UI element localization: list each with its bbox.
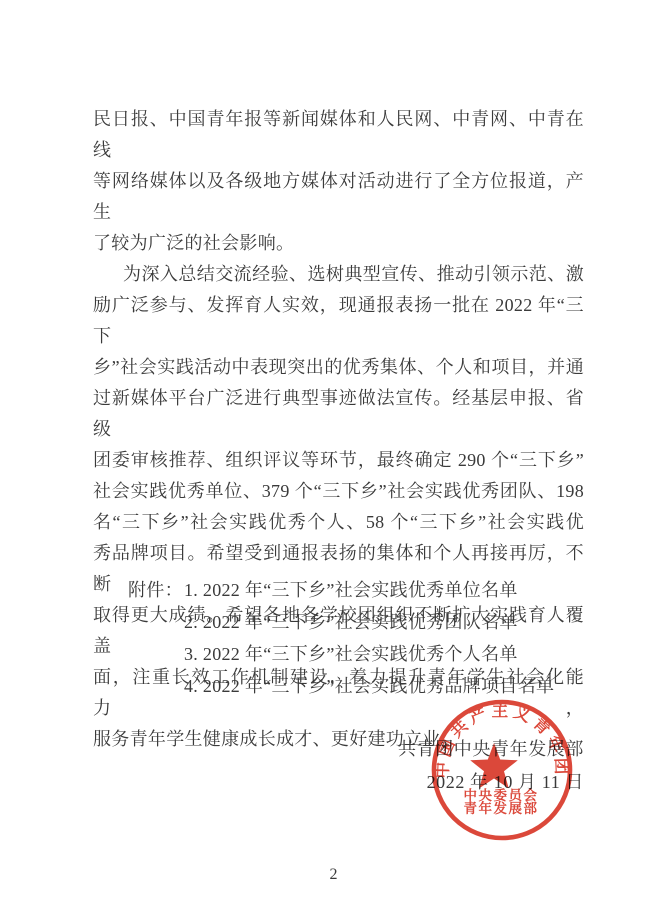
body-line: 社会实践优秀单位、379 个“三下乡”社会实践优秀团队、198 xyxy=(93,476,584,507)
body-line: 了较为广泛的社会影响。 xyxy=(93,228,584,259)
seal-star-icon xyxy=(470,743,518,788)
body-line: 过新媒体平台广泛进行典型事迹做法宣传。经基层申报、省级 xyxy=(93,383,584,445)
body-line: 团委审核推荐、组织评议等环节，最终确定 290 个“三下乡” xyxy=(93,445,584,476)
page-number: 2 xyxy=(0,866,667,884)
document-page: 民日报、中国青年报等新闻媒体和人民网、中青网、中青在线等网络媒体以及各级地方媒体… xyxy=(0,0,667,923)
body-line: 民日报、中国青年报等新闻媒体和人民网、中青网、中青在线 xyxy=(93,104,584,166)
attachments-list: 1. 2022 年“三下乡”社会实践优秀单位名单2. 2022 年“三下乡”社会… xyxy=(184,574,598,702)
body-line: 名“三下乡”社会实践优秀个人、58 个“三下乡”社会实践优 xyxy=(93,507,584,538)
attachment-item: 3. 2022 年“三下乡”社会实践优秀个人名单 xyxy=(184,638,598,670)
attachments-section: 附件： 1. 2022 年“三下乡”社会实践优秀单位名单2. 2022 年“三下… xyxy=(128,574,598,702)
attachment-item: 2. 2022 年“三下乡”社会实践优秀团队名单 xyxy=(184,606,598,638)
attachments-label: 附件： xyxy=(128,574,183,606)
official-seal: 中国共产主义青年团 中央委员会 青年发展部 xyxy=(427,695,577,845)
attachment-item: 1. 2022 年“三下乡”社会实践优秀单位名单 xyxy=(184,574,598,606)
body-line: 为深入总结交流经验、选树典型宣传、推动引领示范、激 xyxy=(93,259,584,290)
seal-department-text: 青年发展部 xyxy=(464,800,539,816)
body-line: 励广泛参与、发挥育人实效，现通报表扬一批在 2022 年“三下 xyxy=(93,290,584,352)
body-line: 等网络媒体以及各级地方媒体对活动进行了全方位报道，产生 xyxy=(93,166,584,228)
body-line: 乡”社会实践活动中表现突出的优秀集体、个人和项目，并通 xyxy=(93,352,584,383)
